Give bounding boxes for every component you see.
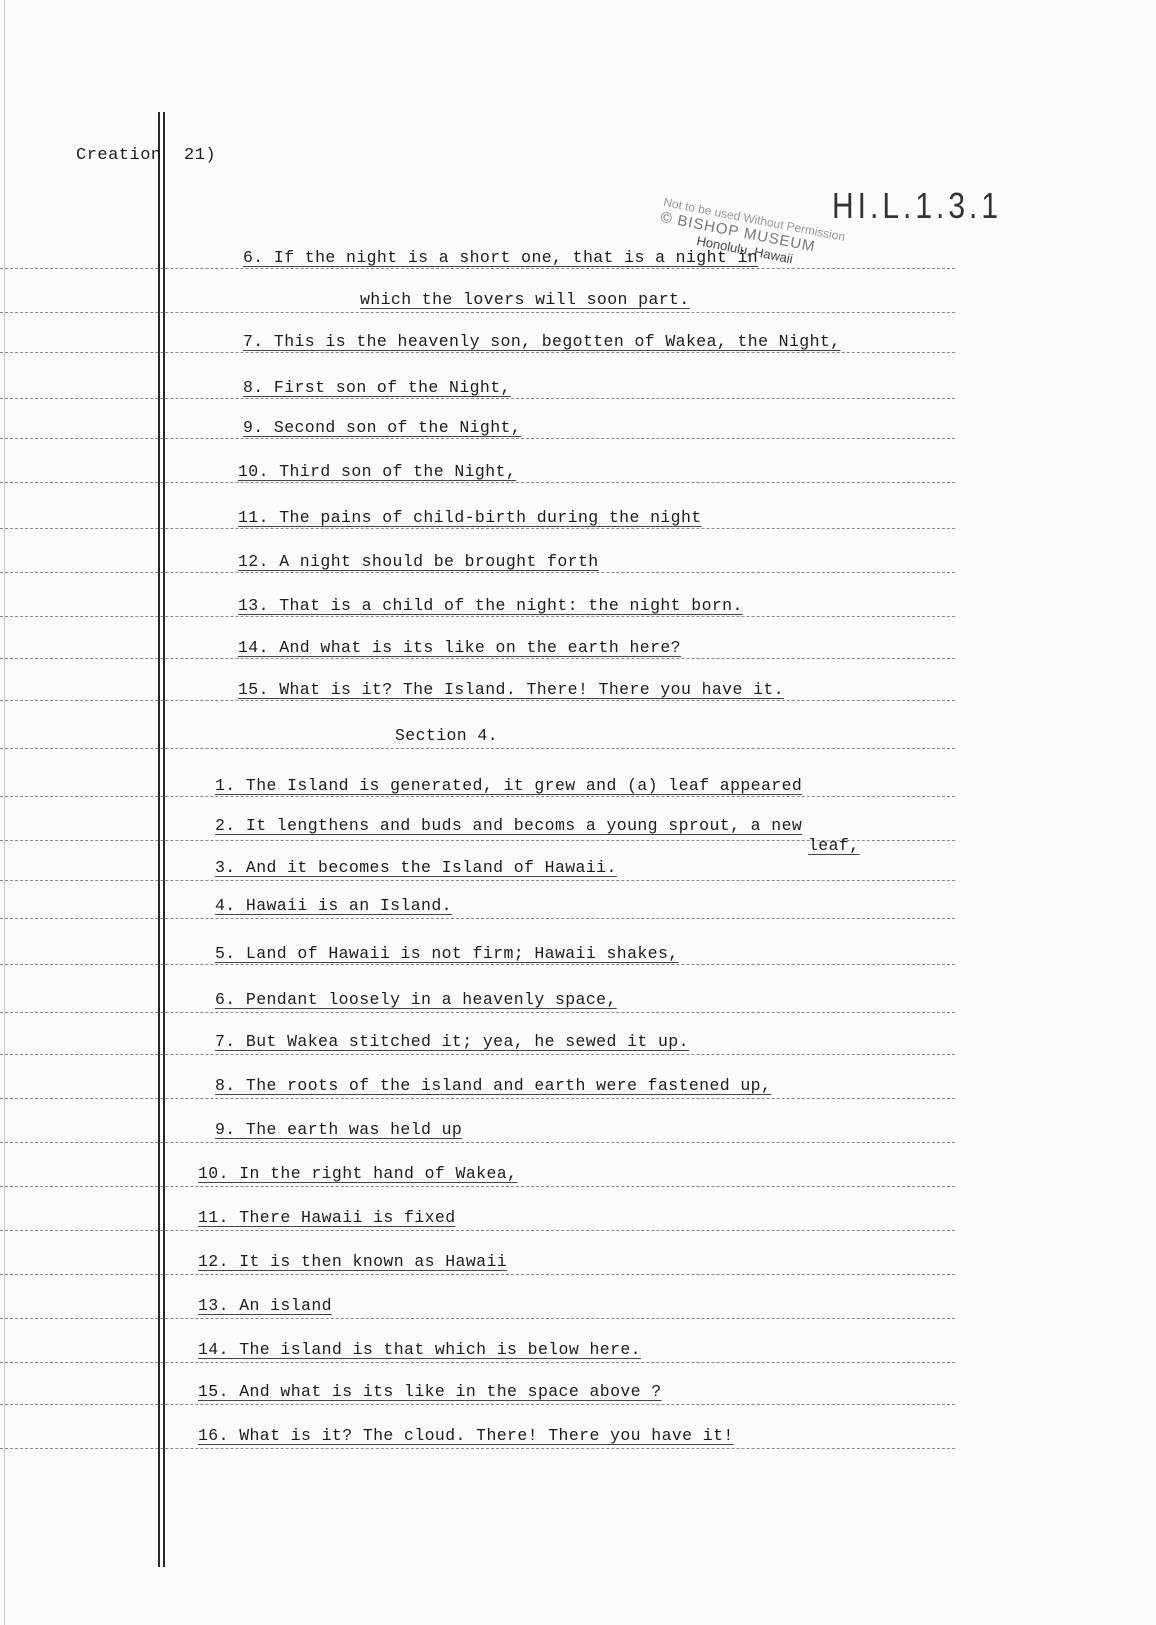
section-line: 2. It lengthens and buds and becoms a yo… bbox=[215, 816, 802, 835]
ruled-line bbox=[0, 1448, 955, 1449]
page-header: Creation 21) bbox=[76, 146, 162, 165]
ruled-line bbox=[0, 1230, 955, 1231]
section-line: 15. And what is its like in the space ab… bbox=[198, 1382, 662, 1401]
section-line: 13. An island bbox=[198, 1296, 332, 1315]
ruled-line bbox=[0, 482, 955, 483]
section-line: 10. In the right hand of Wakea, bbox=[198, 1164, 517, 1183]
ruled-line bbox=[0, 796, 955, 797]
text-line: 8. First son of the Night, bbox=[243, 378, 511, 397]
section-line: 12. It is then known as Hawaii bbox=[198, 1252, 507, 1271]
ruled-line bbox=[0, 398, 955, 399]
section-line: 6. Pendant loosely in a heavenly space, bbox=[215, 990, 617, 1009]
ruled-line bbox=[0, 1362, 955, 1363]
page-number: 21) bbox=[184, 146, 216, 165]
ruled-line bbox=[0, 352, 955, 353]
ruled-line bbox=[0, 1318, 955, 1319]
ruled-line bbox=[0, 268, 955, 269]
ruled-line bbox=[0, 964, 955, 965]
ruled-line bbox=[0, 1404, 955, 1405]
ruled-line bbox=[0, 1098, 955, 1099]
page-edge bbox=[4, 0, 5, 1625]
ruled-line bbox=[0, 700, 955, 701]
text-line: 10. Third son of the Night, bbox=[238, 462, 516, 481]
text-line: 7. This is the heavenly son, begotten of… bbox=[243, 332, 841, 351]
ruled-line bbox=[0, 572, 955, 573]
ruled-line bbox=[0, 1012, 955, 1013]
section-line: 1. The Island is generated, it grew and … bbox=[215, 776, 802, 795]
section-line: 4. Hawaii is an Island. bbox=[215, 896, 452, 915]
section-title: Section 4. bbox=[395, 726, 498, 745]
ruled-line bbox=[0, 658, 955, 659]
ruled-line bbox=[0, 1054, 955, 1055]
text-line: 9. Second son of the Night, bbox=[243, 418, 521, 437]
ruled-line bbox=[0, 748, 955, 749]
ruled-line bbox=[0, 616, 955, 617]
section-line: 5. Land of Hawaii is not firm; Hawaii sh… bbox=[215, 944, 679, 963]
document-page: Creation 21) HI.L.1.3.1 Not to be used W… bbox=[0, 0, 1156, 1625]
section-line: 3. And it becomes the Island of Hawaii. bbox=[215, 858, 617, 877]
text-line: 6. If the night is a short one, that is … bbox=[243, 248, 758, 267]
text-line: 14. And what is its like on the earth he… bbox=[238, 638, 681, 657]
ruled-line bbox=[0, 528, 955, 529]
ruled-line bbox=[0, 1274, 955, 1275]
text-line: 13. That is a child of the night: the ni… bbox=[238, 596, 743, 615]
ruled-line bbox=[0, 880, 955, 881]
section-line: 7. But Wakea stitched it; yea, he sewed … bbox=[215, 1032, 689, 1051]
catalog-number: HI.L.1.3.1 bbox=[832, 187, 1002, 228]
text-line: which the lovers will soon part. bbox=[360, 290, 690, 309]
text-line: 12. A night should be brought forth bbox=[238, 552, 599, 571]
section-line: 11. There Hawaii is fixed bbox=[198, 1208, 456, 1227]
section-line: 14. The island is that which is below he… bbox=[198, 1340, 641, 1359]
ruled-line bbox=[0, 1186, 955, 1187]
ruled-line bbox=[0, 918, 955, 919]
section-line: 8. The roots of the island and earth wer… bbox=[215, 1076, 771, 1095]
text-line: 15. What is it? The Island. There! There… bbox=[238, 680, 784, 699]
section-line: leaf, bbox=[808, 836, 860, 855]
ruled-line bbox=[0, 312, 955, 313]
section-line: 16. What is it? The cloud. There! There … bbox=[198, 1426, 734, 1445]
text-line: 11. The pains of child-birth during the … bbox=[238, 508, 702, 527]
ruled-line bbox=[0, 438, 955, 439]
section-line: 9. The earth was held up bbox=[215, 1120, 462, 1139]
ruled-line bbox=[0, 1142, 955, 1143]
header-title: Creation bbox=[76, 146, 162, 165]
